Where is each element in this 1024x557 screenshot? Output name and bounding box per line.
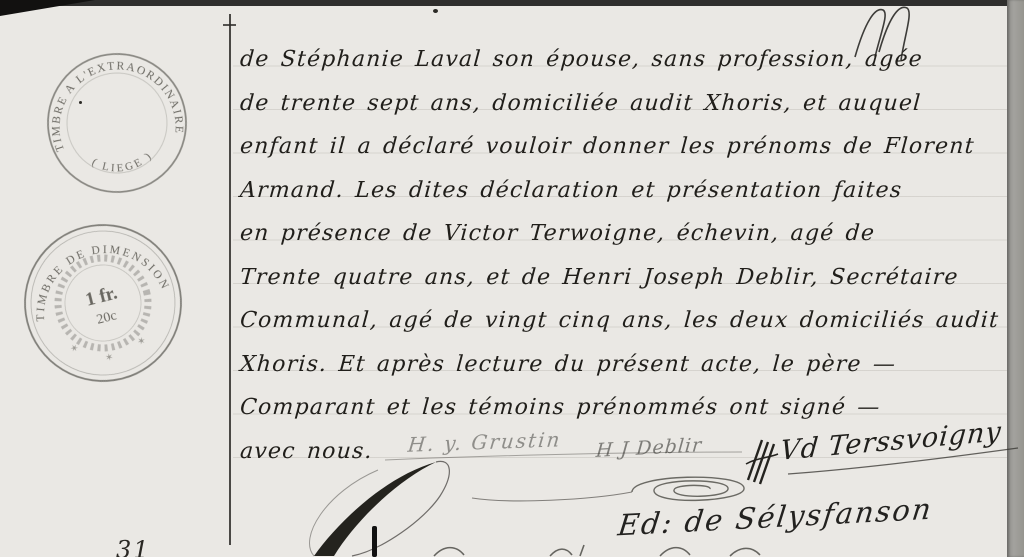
marginal-number: 31 [116,536,151,557]
ink-underlines [0,0,1024,557]
ink-flourish-large [290,450,465,557]
ink-stroke-bottom [372,526,377,557]
partial-next-line-strokes [430,543,810,557]
scanned-register-page: TIMBRE A L'EXTRAORDINAIRE ( LIEGE ) TIMB… [0,0,1024,557]
